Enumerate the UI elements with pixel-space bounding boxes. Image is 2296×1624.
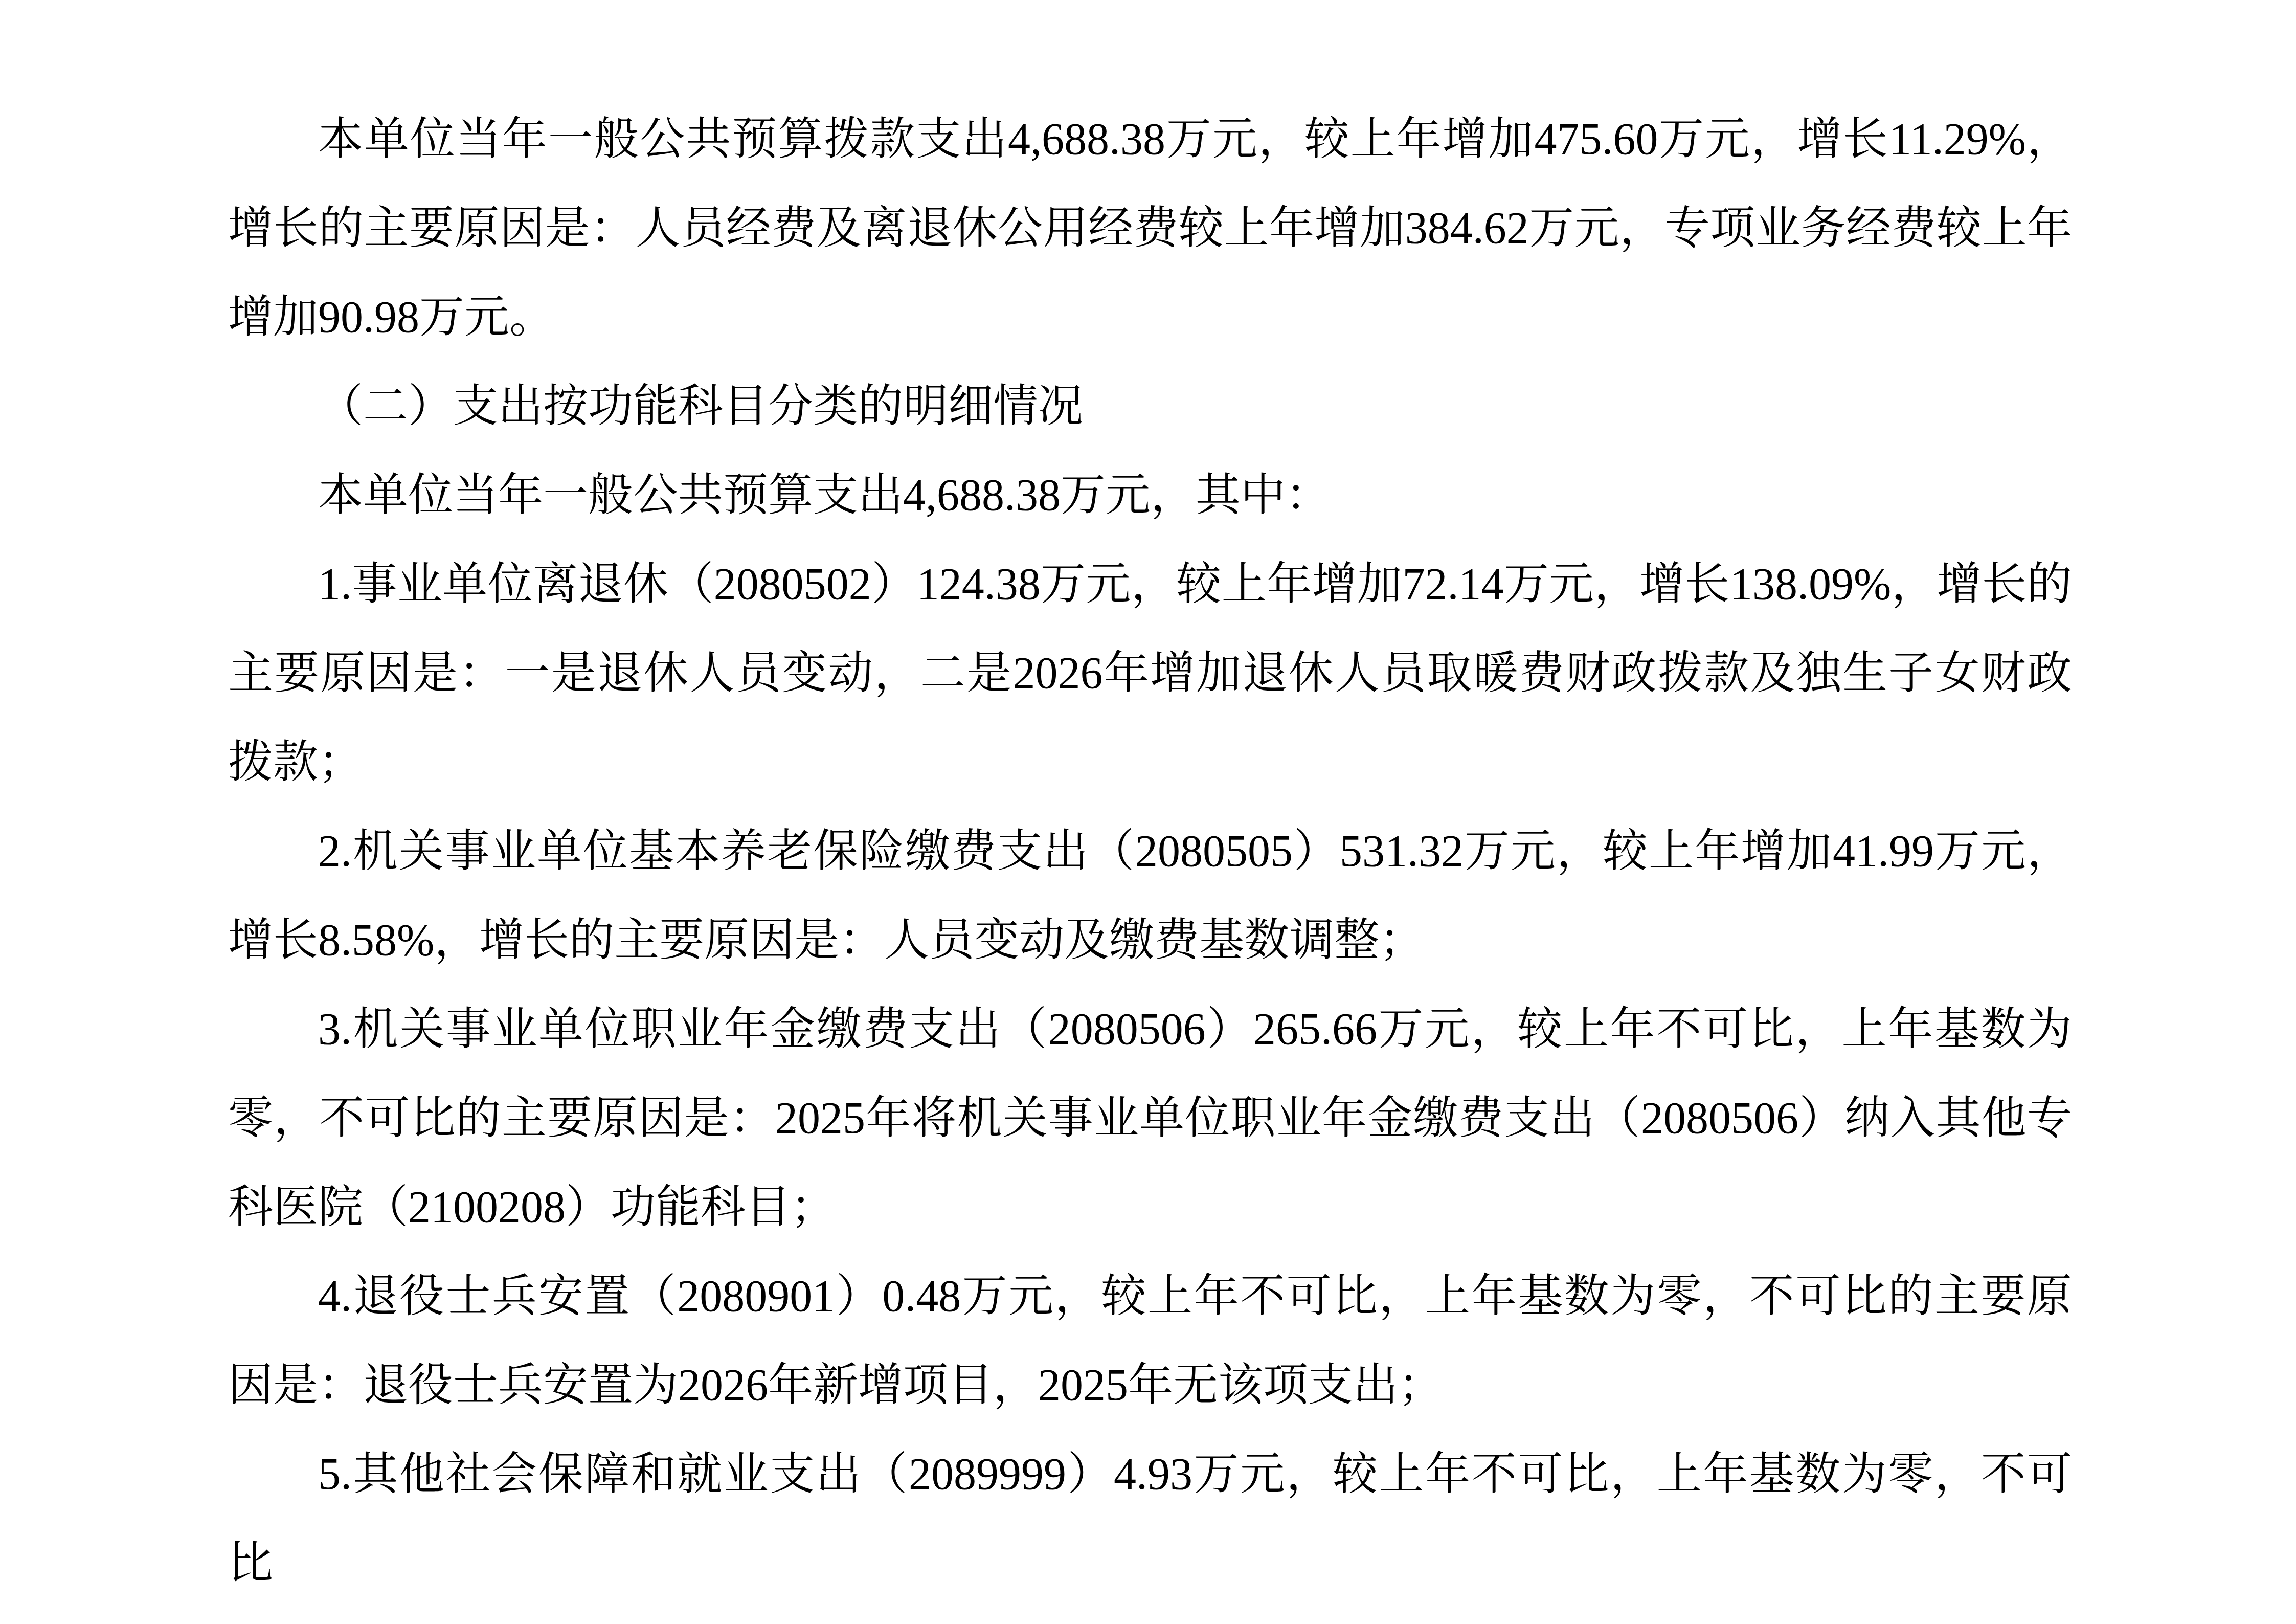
paragraph-item-5-other-social-security: 5.其他社会保障和就业支出（2089999）4.93万元，较上年不可比，上年基数… xyxy=(228,1430,2072,1608)
paragraph-item-1-retirement: 1.事业单位离退休（2080502）124.38万元，较上年增加72.14万元，… xyxy=(228,540,2072,807)
document-body: 本单位当年一般公共预算拨款支出4,688.38万元，较上年增加475.60万元，… xyxy=(228,95,2072,1608)
paragraph-item-3-occupational-annuity: 3.机关事业单位职业年金缴费支出（2080506）265.66万元，较上年不可比… xyxy=(228,985,2072,1252)
paragraph-expenditure-summary: 本单位当年一般公共预算拨款支出4,688.38万元，较上年增加475.60万元，… xyxy=(228,95,2072,362)
document-page: 本单位当年一般公共预算拨款支出4,688.38万元，较上年增加475.60万元，… xyxy=(0,0,2296,1624)
paragraph-total-expenditure: 本单位当年一般公共预算支出4,688.38万元，其中： xyxy=(228,451,2072,540)
paragraph-item-2-pension-insurance: 2.机关事业单位基本养老保险缴费支出（2080505）531.32万元，较上年增… xyxy=(228,807,2072,985)
paragraph-item-4-veteran-resettlement: 4.退役士兵安置（2080901）0.48万元，较上年不可比，上年基数为零，不可… xyxy=(228,1252,2072,1430)
section-heading-functional-classification: （二）支出按功能科目分类的明细情况 xyxy=(228,362,2072,451)
